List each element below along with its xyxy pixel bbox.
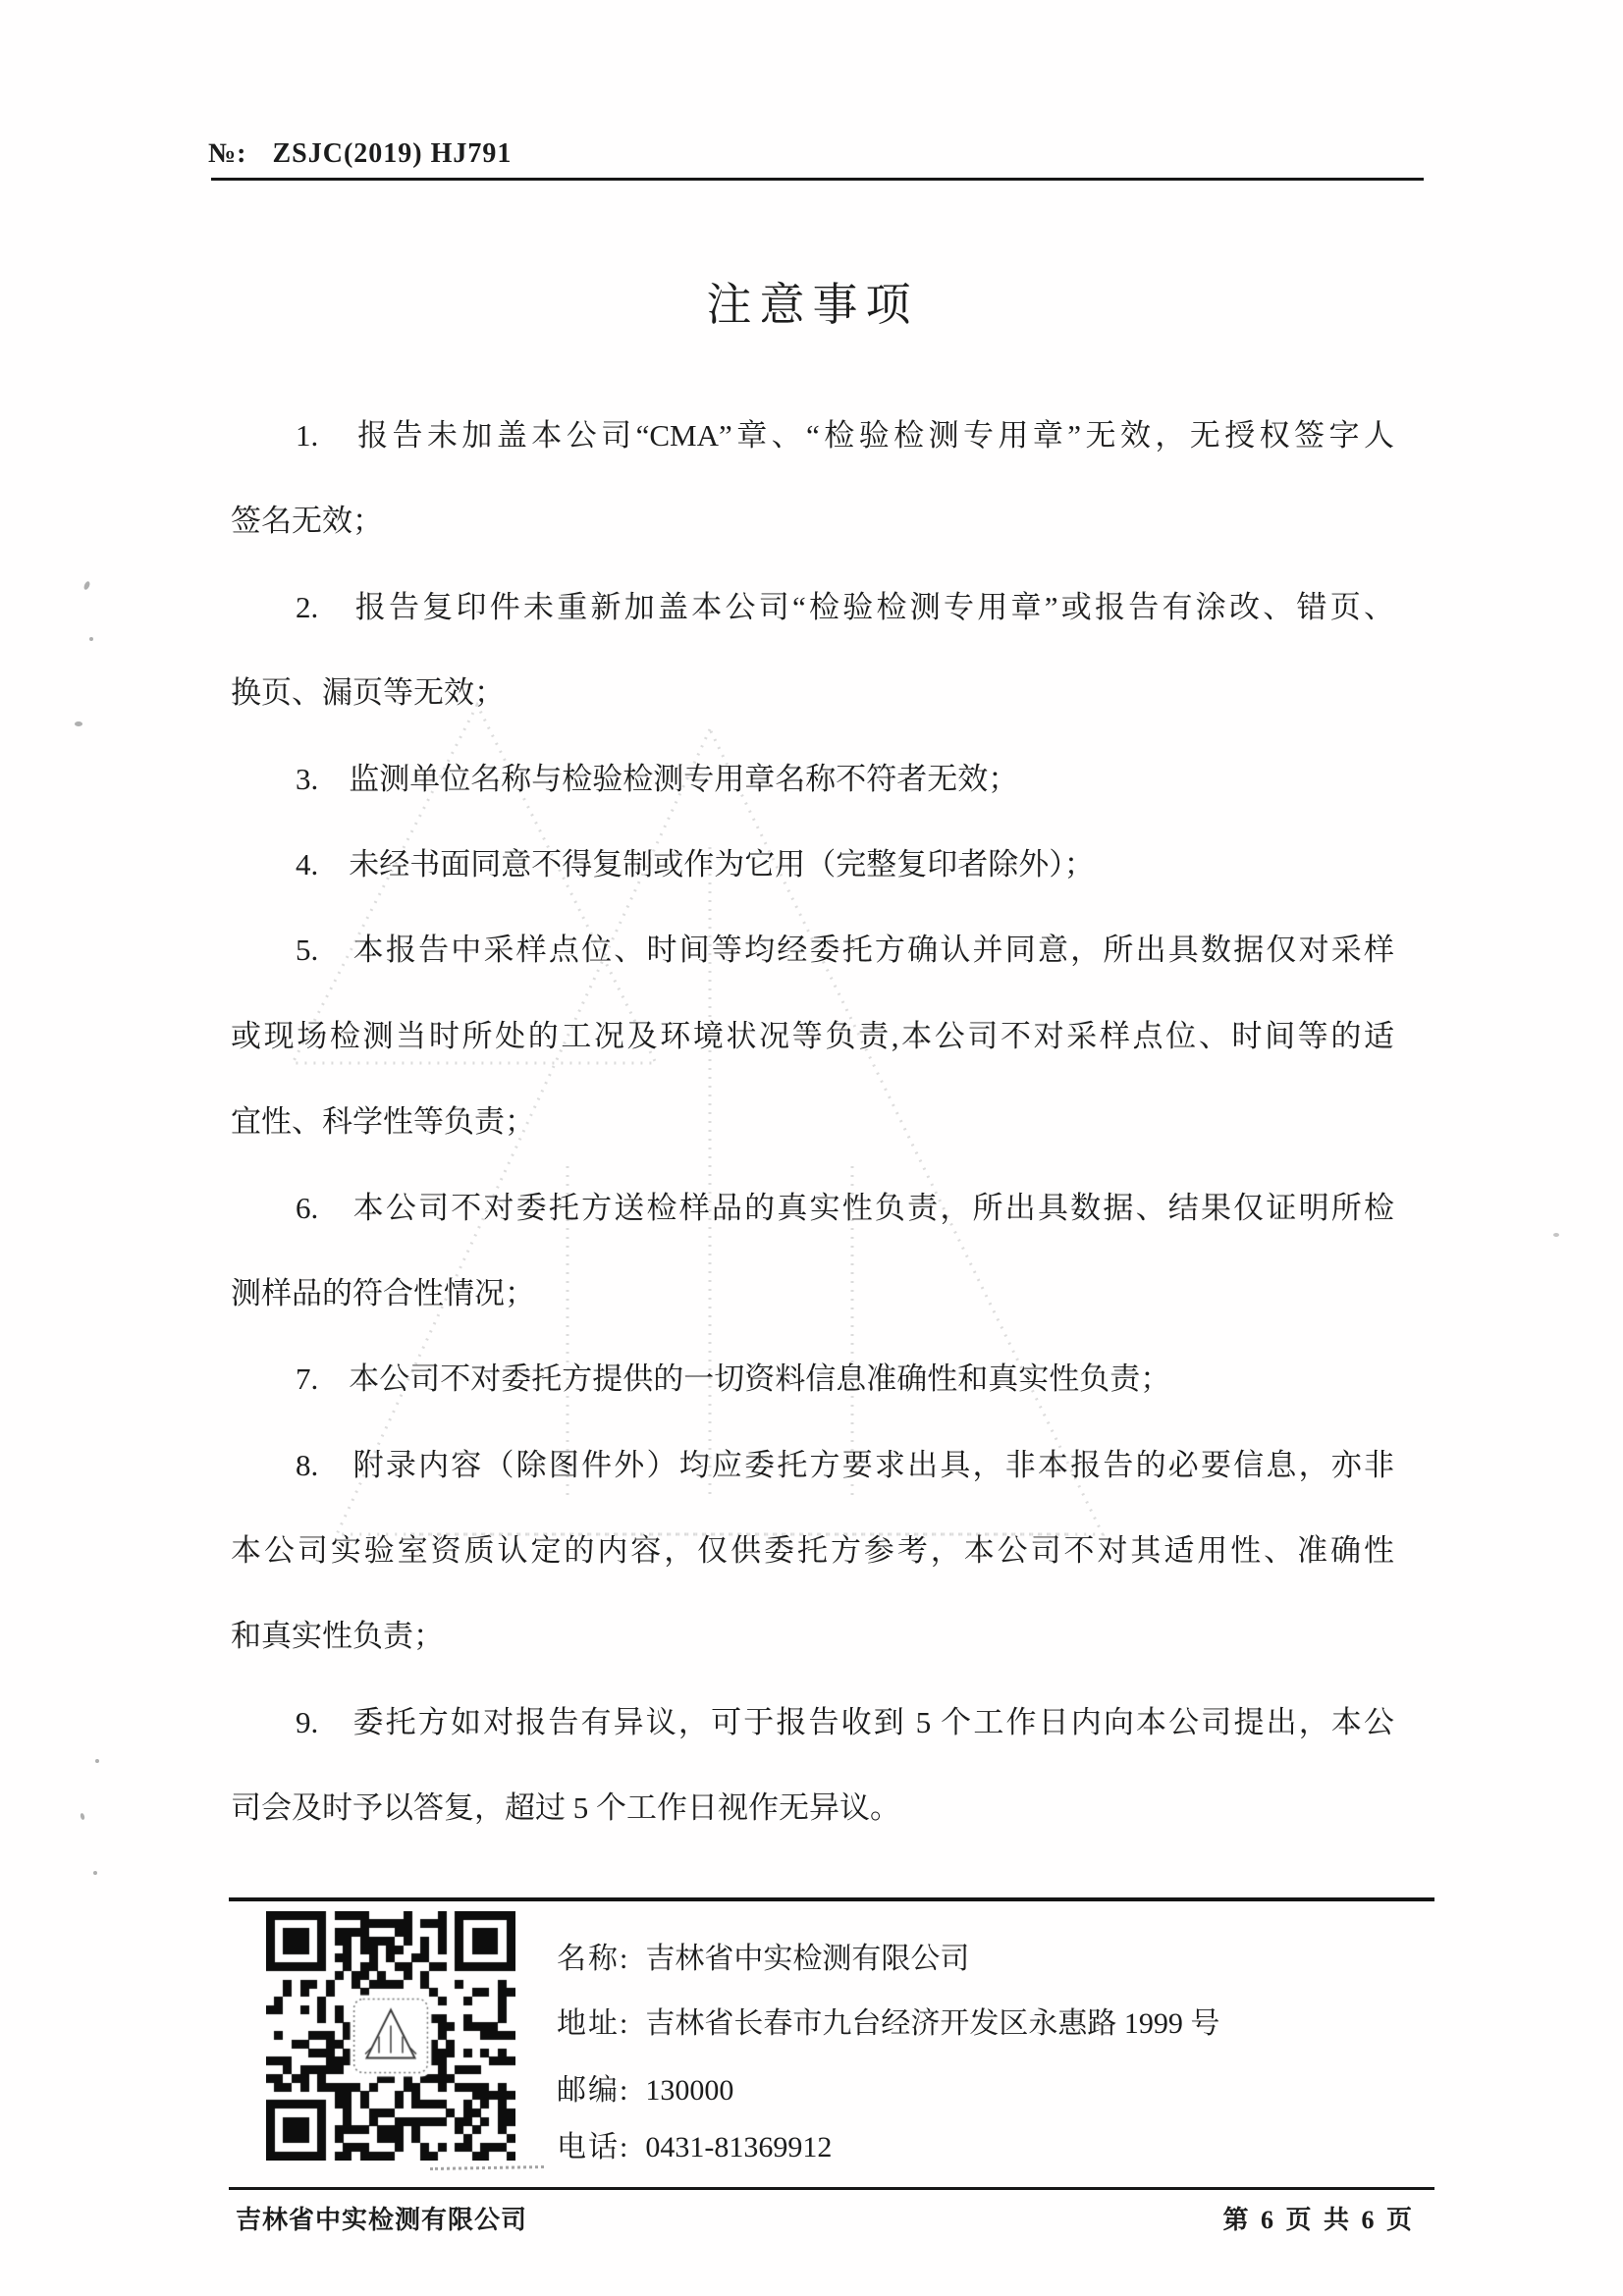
qr-code xyxy=(266,1911,515,2161)
notice-line: 4. 未经书面同意不得复制或作为它用（完整复印者除外）； xyxy=(231,845,1394,931)
contact-value: 吉林省中实检测有限公司 xyxy=(645,1943,969,1975)
contact-row: 电话:0431-81369912 xyxy=(557,2122,832,2165)
footer-company: 吉林省中实检测有限公司 xyxy=(236,2200,527,2236)
contact-label: 名称: xyxy=(557,1943,629,1975)
contact-value: 吉林省长春市九台经济开发区永惠路 1999 号 xyxy=(645,2007,1219,2040)
notice-line: 司会及时予以答复，超过 5 个工作日视作无异议。 xyxy=(231,1789,1394,1874)
separator-rule xyxy=(229,1897,1434,1901)
notice-line: 或现场检测当时所处的工况及环境状况等负责,本公司不对采样点位、时间等的适 xyxy=(231,1017,1394,1102)
report-number-value: ZSJC(2019) HJ791 xyxy=(272,138,512,169)
scan-artifact xyxy=(1553,1233,1559,1237)
notice-line: 宜性、科学性等负责； xyxy=(231,1102,1394,1188)
notice-line: 签名无效； xyxy=(231,502,1394,587)
scan-artifact xyxy=(430,2165,544,2170)
scan-artifact xyxy=(89,637,93,641)
notice-line: 和真实性负责； xyxy=(231,1617,1394,1702)
contact-value: 0431-81369912 xyxy=(645,2131,832,2163)
notice-line: 换页、漏页等无效； xyxy=(231,673,1394,759)
notice-line: 3. 监测单位名称与检验检测专用章名称不符者无效； xyxy=(231,760,1394,845)
header-rule xyxy=(211,178,1424,181)
notice-list: 1. 报告未加盖本公司“CMA”章、“检验检测专用章”无效，无授权签字人 签名无… xyxy=(231,416,1394,1875)
footer-page-number: 第 6 页 共 6 页 xyxy=(1222,2200,1415,2236)
contact-row: 地址:吉林省长春市九台经济开发区永惠路 1999 号 xyxy=(557,1999,1219,2042)
contact-value: 130000 xyxy=(645,2074,733,2107)
report-number: №:ZSJC(2019) HJ791 xyxy=(208,138,512,170)
contact-label: 邮编: xyxy=(557,2074,629,2107)
scan-artifact xyxy=(95,1759,99,1763)
contact-row: 邮编:130000 xyxy=(557,2065,733,2109)
scan-artifact xyxy=(75,721,82,726)
report-number-prefix: №: xyxy=(208,138,246,169)
footer-rule xyxy=(229,2187,1434,2190)
contact-label: 电话: xyxy=(557,2131,629,2163)
notice-line: 2. 报告复印件未重新加盖本公司“检验检测专用章”或报告有涂改、错页、 xyxy=(231,588,1394,673)
notice-line: 本公司实验室资质认定的内容，仅供委托方参考，本公司不对其适用性、准确性 xyxy=(231,1531,1394,1617)
notice-line: 8. 附录内容（除图件外）均应委托方要求出具，非本报告的必要信息，亦非 xyxy=(231,1446,1394,1531)
notice-line: 5. 本报告中采样点位、时间等均经委托方确认并同意，所出具数据仅对采样 xyxy=(231,931,1394,1016)
scan-artifact xyxy=(82,580,90,590)
scan-artifact xyxy=(80,1813,85,1821)
notice-line: 7. 本公司不对委托方提供的一切资料信息准确性和真实性负责； xyxy=(231,1360,1394,1445)
notice-line: 6. 本公司不对委托方送检样品的真实性负责，所出具数据、结果仅证明所检 xyxy=(231,1189,1394,1274)
document-page: №:ZSJC(2019) HJ791 注意事项 1. 报告未加盖本公司“CMA”… xyxy=(0,0,1623,2296)
contact-row: 名称:吉林省中实检测有限公司 xyxy=(557,1934,969,1977)
page-title: 注意事项 xyxy=(231,269,1394,334)
notice-line: 1. 报告未加盖本公司“CMA”章、“检验检测专用章”无效，无授权签字人 xyxy=(231,416,1394,502)
contact-label: 地址: xyxy=(557,2007,629,2040)
scan-artifact xyxy=(93,1871,97,1875)
notice-line: 9. 委托方如对报告有异议，可于报告收到 5 个工作日内向本公司提出，本公 xyxy=(231,1703,1394,1789)
notice-line: 测样品的符合性情况； xyxy=(231,1274,1394,1360)
